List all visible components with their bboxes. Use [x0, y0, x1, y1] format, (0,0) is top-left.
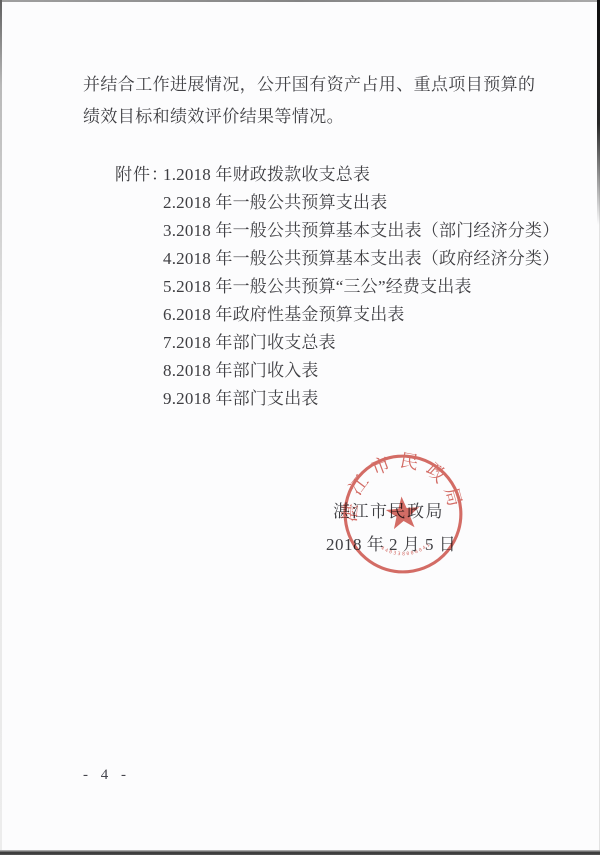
attachment-item-3: 3.2018 年一般公共预算基本支出表（部门经济分类） — [163, 216, 559, 241]
seal-serial-number: 440338000041 — [379, 541, 433, 560]
page-number: - 4 - — [83, 767, 129, 784]
attachment-item-8: 8.2018 年部门收入表 — [163, 356, 319, 381]
attachment-item-7: 7.2018 年部门收支总表 — [163, 328, 336, 353]
scan-edge-top — [0, 0, 600, 2]
attachment-item-4: 4.2018 年一般公共预算基本支出表（政府经济分类） — [163, 244, 559, 269]
scanned-document-page: 并结合工作进展情况，公开国有资产占用、重点项目预算的 绩效目标和绩效评价结果等情… — [0, 0, 600, 855]
attachment-item-6: 6.2018 年政府性基金预算支出表 — [163, 300, 405, 325]
paragraph-line-1: 并结合工作进展情况，公开国有资产占用、重点项目预算的 — [83, 70, 535, 95]
scan-edge-left — [0, 0, 2, 855]
scan-edge-bottom — [0, 850, 600, 855]
attachments-label: 附件： — [115, 160, 169, 185]
attachment-item-5: 5.2018 年一般公共预算“三公”经费支出表 — [163, 272, 472, 297]
attachment-item-1: 1.2018 年财政拨款收支总表 — [163, 160, 370, 185]
seal-serial-textpath: 440338000041 — [379, 541, 433, 560]
paragraph-line-2: 绩效目标和绩效评价结果等情况。 — [83, 102, 344, 127]
official-seal: 湛江市民政局 440338000041 — [336, 447, 470, 581]
attachment-item-9: 9.2018 年部门支出表 — [163, 384, 319, 409]
seal-star-icon — [385, 495, 421, 530]
attachment-item-2: 2.2018 年一般公共预算支出表 — [163, 188, 387, 213]
